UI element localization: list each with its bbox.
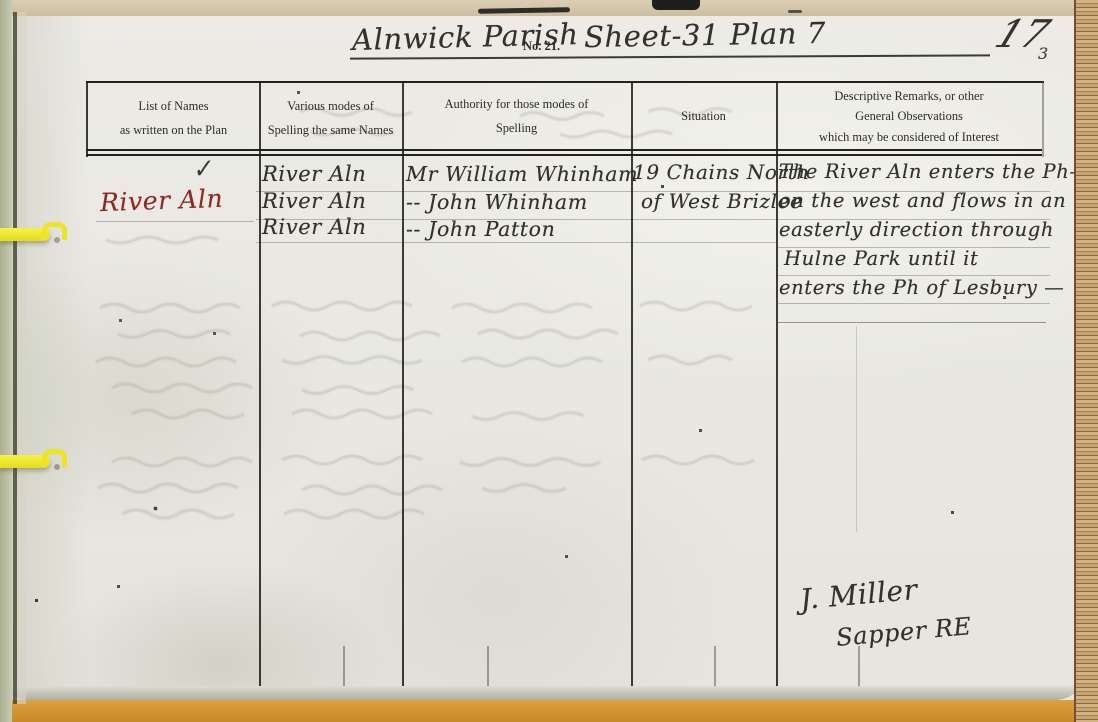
authority-3: -- John Patton (406, 217, 555, 241)
top-edge-clip-mark (652, 0, 700, 10)
underleaf-column-tip (343, 646, 345, 688)
header-line: Situation (631, 104, 776, 128)
remarks-line-1: The River Aln enters the Ph— (779, 160, 1090, 183)
header-line: Spelling (402, 116, 631, 140)
book-spine-edge (0, 0, 12, 722)
column-header-spelling-modes: Various modes of Spelling the same Names (259, 94, 402, 142)
header-line: which may be considered of Interest (776, 127, 1042, 147)
page-number-small: 3 (1038, 44, 1049, 63)
table-column-line-1 (259, 82, 261, 688)
ruled-line (778, 303, 1050, 304)
column-header-authority: Authority for those modes of Spelling (402, 92, 631, 140)
table-header-bottom-border-lower (86, 154, 1042, 156)
table-header-bottom-border-upper (86, 149, 1042, 151)
page-stack-edge (1074, 0, 1098, 722)
ruled-line (256, 242, 776, 243)
printed-book-number: No. 21. (523, 39, 560, 54)
spelling-3: River Aln (262, 215, 366, 239)
page-bottom-edge (8, 686, 1076, 701)
header-line: Various modes of (259, 94, 402, 118)
ruled-line (96, 221, 254, 222)
table-right-border (1042, 81, 1044, 157)
remarks-line-3: easterly direction through (779, 218, 1054, 241)
table-column-line-2 (402, 82, 404, 688)
underleaf-column-tip (487, 646, 489, 688)
header-line: Descriptive Remarks, or other (776, 86, 1042, 106)
table-header-top-border (86, 81, 1044, 83)
header-line: General Observations (776, 106, 1042, 126)
column-header-remarks: Descriptive Remarks, or other General Ob… (776, 86, 1042, 147)
remarks-line-4: Hulne Park until it (784, 247, 978, 270)
spelling-2: River Aln (262, 189, 366, 213)
page-title-sheet-plan: Sheet-31 Plan 7 (584, 16, 826, 54)
underleaf-column-tip (714, 646, 716, 688)
underleaf-column-tip (858, 646, 860, 688)
binding-hole-top (54, 237, 60, 243)
top-edge-small-mark (788, 10, 802, 13)
remarks-line-5: enters the Ph of Lesbury — (779, 276, 1064, 299)
spelling-1: River Aln (262, 162, 366, 186)
binding-hole-bottom (54, 464, 60, 470)
scanned-name-book-page: List of Names as written on the Plan Var… (0, 0, 1098, 722)
spine-highlight (17, 12, 26, 704)
authority-1: Mr William Whinham (406, 162, 638, 186)
entry-name-on-plan: River Aln (100, 184, 224, 217)
checkmark: ✓ (190, 153, 215, 184)
header-line: as written on the Plan (88, 118, 259, 142)
paper-crease (856, 326, 857, 532)
header-line: Authority for those modes of (402, 92, 631, 116)
header-line: List of Names (88, 94, 259, 118)
authority-2: -- John Whinham (406, 190, 588, 214)
column-header-names: List of Names as written on the Plan (88, 94, 259, 142)
remarks-line-2: on the west and flows in an (779, 189, 1066, 212)
ruled-line (778, 322, 1046, 323)
desk-surface (0, 700, 1098, 722)
column-header-situation: Situation (631, 104, 776, 128)
header-line: Spelling the same Names (259, 118, 402, 142)
